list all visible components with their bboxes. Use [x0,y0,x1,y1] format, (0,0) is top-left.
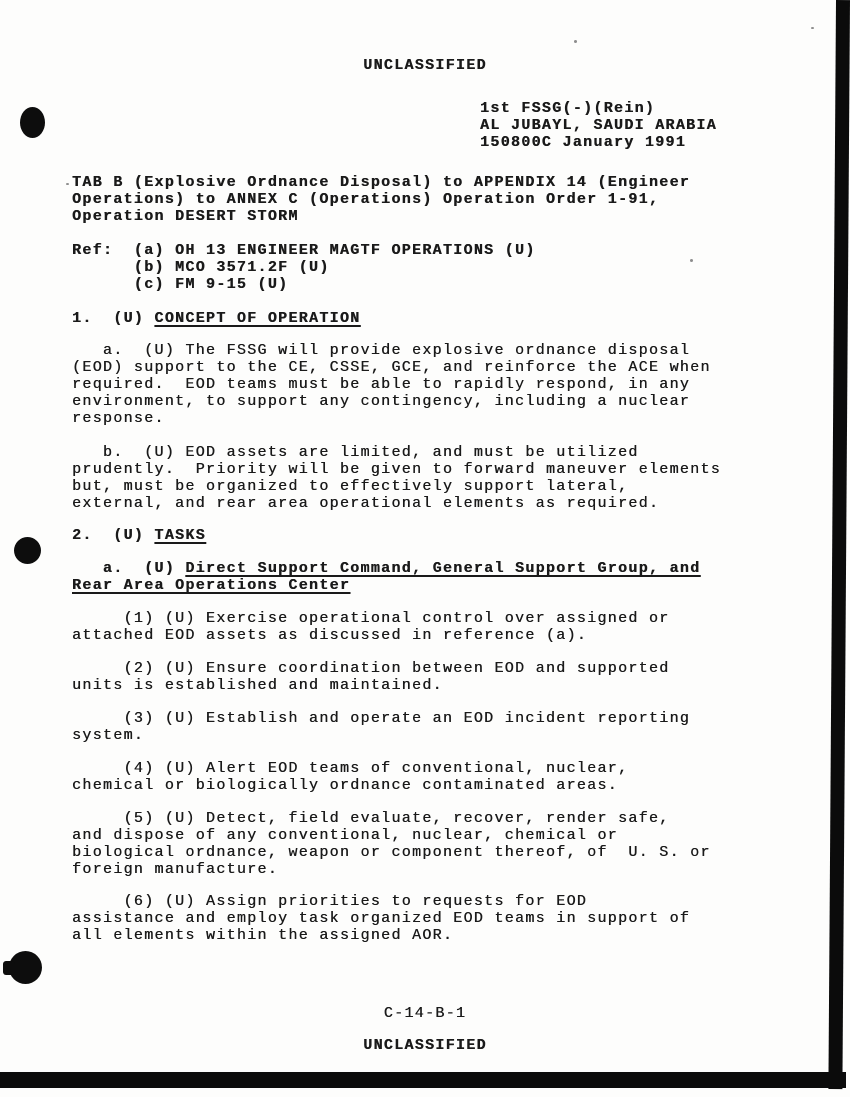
task-line: (3) (U) Establish and operate an EOD inc… [72,710,690,727]
paragraph-line: response. [72,410,711,427]
task-line: assistance and employ task organized EOD… [72,910,690,927]
subparagraph-heading-text: Direct Support Command, General Support … [185,560,700,577]
section-number: 2. (U) [72,527,154,544]
hole-punch-mark-notch [3,961,15,975]
hole-punch-mark [14,537,41,564]
subparagraph-heading-text: Rear Area Operations Center [72,577,350,594]
task-line: biological ordnance, weapon or component… [72,844,711,861]
task-line: (1) (U) Exercise operational control ove… [72,610,669,627]
classification-text: UNCLASSIFIED [0,57,850,74]
task-line: attached EOD assets as discussed in refe… [72,627,669,644]
section-heading-line: 1. (U) CONCEPT OF OPERATION [72,310,360,327]
title-line: Operations) to ANNEX C (Operations) Oper… [72,191,690,208]
scan-edge-bar-bottom [0,1072,846,1088]
task-item-5: (5) (U) Detect, field evaluate, recover,… [72,810,711,878]
paragraph-line: b. (U) EOD assets are limited, and must … [72,444,721,461]
paragraph-line: environment, to support any contingency,… [72,393,711,410]
section-number: 1. (U) [72,310,154,327]
scan-speck [66,183,69,185]
scanned-document-page: UNCLASSIFIED 1st FSSG(-)(Rein) AL JUBAYL… [0,0,850,1097]
scan-speck [811,27,814,29]
title-line: Operation DESERT STORM [72,208,690,225]
reference-item: Ref: (a) OH 13 ENGINEER MAGTF OPERATIONS… [72,242,536,259]
paragraph-line: prudently. Priority will be given to for… [72,461,721,478]
task-item-2: (2) (U) Ensure coordination between EOD … [72,660,669,694]
title-line: TAB B (Explosive Ordnance Disposal) to A… [72,174,690,191]
paragraph-line: external, and rear area operational elem… [72,495,721,512]
letterhead-unit: 1st FSSG(-)(Rein) [480,100,717,117]
task-line: system. [72,727,690,744]
section-heading-text: CONCEPT OF OPERATION [154,310,360,327]
task-line: (5) (U) Detect, field evaluate, recover,… [72,810,711,827]
task-line: (2) (U) Ensure coordination between EOD … [72,660,669,677]
task-line: (4) (U) Alert EOD teams of conventional,… [72,760,628,777]
classification-footer: UNCLASSIFIED [0,1037,850,1054]
task-item-4: (4) (U) Alert EOD teams of conventional,… [72,760,628,794]
paragraph-1a: a. (U) The FSSG will provide explosive o… [72,342,711,427]
paragraph-line: a. (U) The FSSG will provide explosive o… [72,342,711,359]
references-block: Ref: (a) OH 13 ENGINEER MAGTF OPERATIONS… [72,242,536,293]
classification-header: UNCLASSIFIED [0,57,850,74]
scan-edge-bar-right [828,0,850,1089]
task-line: foreign manufacture. [72,861,711,878]
reference-item: (c) FM 9-15 (U) [72,276,536,293]
task-item-6: (6) (U) Assign priorities to requests fo… [72,893,690,944]
paragraph-2a-heading: a. (U) Direct Support Command, General S… [72,560,700,594]
hole-punch-mark [20,107,45,138]
scan-speck [574,40,577,43]
subparagraph-heading-line: Rear Area Operations Center [72,577,700,594]
classification-text: UNCLASSIFIED [0,1037,850,1054]
subparagraph-letter: a. (U) [72,560,185,577]
section-2-heading: 2. (U) TASKS [72,527,206,544]
task-line: and dispose of any conventional, nuclear… [72,827,711,844]
paragraph-line: (EOD) support to the CE, CSSE, GCE, and … [72,359,711,376]
page-number-text: C-14-B-1 [0,1005,850,1022]
paragraph-1b: b. (U) EOD assets are limited, and must … [72,444,721,512]
task-line: units is established and maintained. [72,677,669,694]
document-title: TAB B (Explosive Ordnance Disposal) to A… [72,174,690,225]
letterhead-date-time-group: 150800C January 1991 [480,134,717,151]
subparagraph-heading-line: a. (U) Direct Support Command, General S… [72,560,700,577]
task-item-1: (1) (U) Exercise operational control ove… [72,610,669,644]
page-number: C-14-B-1 [0,1005,850,1022]
letterhead: 1st FSSG(-)(Rein) AL JUBAYL, SAUDI ARABI… [480,100,717,151]
task-line: (6) (U) Assign priorities to requests fo… [72,893,690,910]
paragraph-line: required. EOD teams must be able to rapi… [72,376,711,393]
section-1-heading: 1. (U) CONCEPT OF OPERATION [72,310,360,327]
paragraph-line: but, must be organized to effectively su… [72,478,721,495]
section-heading-line: 2. (U) TASKS [72,527,206,544]
task-line: chemical or biologically ordnance contam… [72,777,628,794]
task-line: all elements within the assigned AOR. [72,927,690,944]
task-item-3: (3) (U) Establish and operate an EOD inc… [72,710,690,744]
letterhead-location: AL JUBAYL, SAUDI ARABIA [480,117,717,134]
reference-item: (b) MCO 3571.2F (U) [72,259,536,276]
scan-speck [690,259,693,262]
section-heading-text: TASKS [154,527,206,544]
